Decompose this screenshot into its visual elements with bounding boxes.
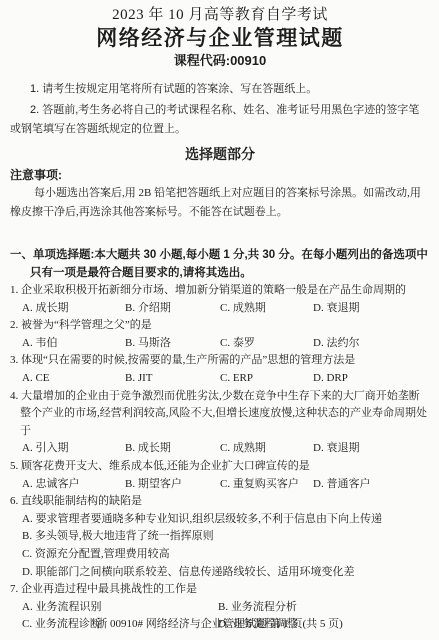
option-d: D. 衰退期 bbox=[313, 440, 430, 458]
course-code: 课程代码:00910 bbox=[10, 52, 430, 69]
option-b: B. 成长期 bbox=[125, 440, 220, 458]
option-d: D. 法约尔 bbox=[313, 335, 430, 353]
question-stem: 5. 顾客花费开支大、维系成本低,还能为企业扩大口碑宣传的是 bbox=[10, 458, 430, 476]
exam-paper-page: 2023 年 10 月高等教育自学考试 网络经济与企业管理试题 课程代码:009… bbox=[0, 0, 439, 640]
instruction-1: 1. 请考生按规定用笔将所有试题的答案涂、写在答题纸上。 bbox=[10, 80, 430, 99]
question-options: A. CE B. JIT C. ERP D. DRP bbox=[10, 370, 430, 388]
option-c: C. 成熟期 bbox=[220, 440, 313, 458]
option-b: B. 业务流程分析 bbox=[218, 599, 430, 617]
page-title: 网络经济与企业管理试题 bbox=[10, 25, 430, 52]
notice-title: 注意事项: bbox=[10, 167, 430, 184]
section-heading: 选择题部分 bbox=[10, 145, 430, 163]
option-a: A. CE bbox=[22, 370, 125, 388]
question-stem: 3. 体现“只在需要的时候,按需要的量,生产所需的产品”思想的管理方法是 bbox=[10, 352, 430, 370]
option-a: A. 韦伯 bbox=[22, 335, 125, 353]
part-one-header: 一、单项选择题:本大题共 30 小题,每小题 1 分,共 30 分。在每小题列出… bbox=[10, 246, 430, 282]
notice-body: 每小题选出答案后,用 2B 铅笔把答题纸上对应题目的答案标号涂黑。如需改动,用橡… bbox=[10, 184, 430, 222]
option-b: B. 多头领导,极大地违背了统一指挥原则 bbox=[22, 528, 430, 546]
question-options: A. 引入期 B. 成长期 C. 成熟期 D. 衰退期 bbox=[10, 440, 430, 458]
option-c: C. 泰罗 bbox=[220, 335, 313, 353]
question-options: A. 忠诚客户 B. 期望客户 C. 重复购买客户 D. 普通客户 bbox=[10, 476, 430, 494]
exam-session-title: 2023 年 10 月高等教育自学考试 bbox=[10, 6, 430, 25]
option-c: C. 资源充分配置,管理费用较高 bbox=[22, 546, 430, 564]
option-d: D. 普通客户 bbox=[313, 476, 430, 494]
question-options: A. 成长期 B. 介绍期 C. 成熟期 D. 衰退期 bbox=[10, 300, 430, 318]
option-c: C. 成熟期 bbox=[220, 300, 313, 318]
option-c: C. 重复购买客户 bbox=[220, 476, 313, 494]
question-6: 6. 直线职能制结构的缺陷是 A. 要求管理者要通晓多种专业知识,组织层级较多,… bbox=[10, 493, 430, 581]
option-d: D. DRP bbox=[313, 370, 430, 388]
question-stem: 4. 大量增加的企业由于竞争激烈而优胜劣汰,少数在竞争中生存下来的大厂商开始垄断… bbox=[10, 388, 430, 441]
option-b: B. 介绍期 bbox=[125, 300, 220, 318]
option-a: A. 业务流程识别 bbox=[22, 599, 218, 617]
question-options: A. 要求管理者要通晓多种专业知识,组织层级较多,不利于信息由下向上传递 B. … bbox=[10, 511, 430, 581]
option-d: D. 职能部门之间横向联系较差、信息传递路线较长、适用环境变化差 bbox=[22, 564, 430, 582]
question-5: 5. 顾客花费开支大、维系成本低,还能为企业扩大口碑宣传的是 A. 忠诚客户 B… bbox=[10, 458, 430, 493]
option-c: C. ERP bbox=[220, 370, 313, 388]
option-b: B. 马斯洛 bbox=[125, 335, 220, 353]
option-a: A. 引入期 bbox=[22, 440, 125, 458]
option-a: A. 成长期 bbox=[22, 300, 125, 318]
question-2: 2. 被誉为“科学管理之父”的是 A. 韦伯 B. 马斯洛 C. 泰罗 D. 法… bbox=[10, 317, 430, 352]
question-3: 3. 体现“只在需要的时候,按需要的量,生产所需的产品”思想的管理方法是 A. … bbox=[10, 352, 430, 387]
question-stem: 2. 被誉为“科学管理之父”的是 bbox=[10, 317, 430, 335]
question-stem: 1. 企业采取积极开拓新细分市场、增加新分销渠道的策略一般是在产品生命周期的 bbox=[10, 282, 430, 300]
question-stem: 6. 直线职能制结构的缺陷是 bbox=[10, 493, 430, 511]
question-1: 1. 企业采取积极开拓新细分市场、增加新分销渠道的策略一般是在产品生命周期的 A… bbox=[10, 282, 430, 317]
option-a: A. 忠诚客户 bbox=[22, 476, 125, 494]
page-footer: 浙 00910# 网络经济与企业管理试题 第 1 页(共 5 页) bbox=[0, 617, 439, 632]
option-d: D. 衰退期 bbox=[313, 300, 430, 318]
question-stem: 7. 企业再造过程中最具挑战性的工作是 bbox=[10, 581, 430, 599]
option-b: B. 期望客户 bbox=[125, 476, 220, 494]
option-a: A. 要求管理者要通晓多种专业知识,组织层级较多,不利于信息由下向上传递 bbox=[22, 511, 430, 529]
instruction-2: 2. 答题前,考生务必将自己的考试课程名称、姓名、准考证号用黑色字迹的签字笔或钢… bbox=[10, 101, 430, 139]
option-b: B. JIT bbox=[125, 370, 220, 388]
question-options: A. 韦伯 B. 马斯洛 C. 泰罗 D. 法约尔 bbox=[10, 335, 430, 353]
question-4: 4. 大量增加的企业由于竞争激烈而优胜劣汰,少数在竞争中生存下来的大厂商开始垄断… bbox=[10, 388, 430, 458]
